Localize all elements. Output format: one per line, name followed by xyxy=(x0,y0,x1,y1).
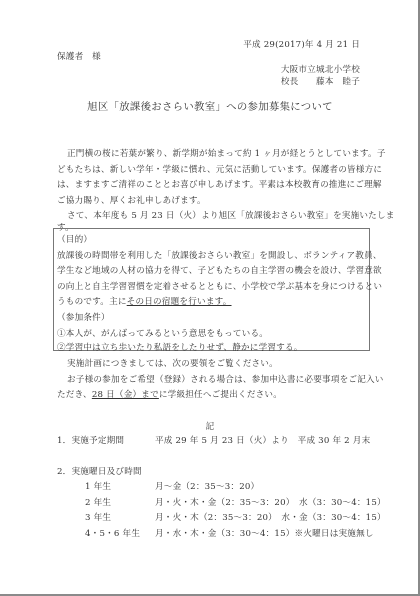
document-date: 平成 29(2017)年 4 月 21 日 xyxy=(243,39,360,51)
purpose-line: の向上と自主学習習慣を定着させるとともに、小学校で学ぶ基本を身につけるとい xyxy=(57,281,382,293)
item1-label: 1．実施予定期間 xyxy=(57,435,124,447)
schedule-time: 月・水・木・金（3：30～4：15）※火曜日は実施無し xyxy=(155,528,374,540)
document-title: 旭区「放課後おさらい教室」への参加募集について xyxy=(0,101,420,113)
condition-item: ①本人が、がんばってみるという意思をもっている。 xyxy=(57,328,268,340)
schedule-grade: 1 年生 xyxy=(85,481,111,493)
item1-value: 平成 29 年 5 月 23 日（火）より 平成 30 年 2 月末 xyxy=(155,435,370,447)
purpose-last-prefix: うものです。主に xyxy=(57,297,127,307)
deadline-prefix: ただき、 xyxy=(57,390,92,400)
condition-item: ②学習中は立ち歩いたり私語をしたりせず、静かに学習する。 xyxy=(57,342,303,354)
schedule-time: 月～金（2：35～3：20） xyxy=(155,481,259,493)
deadline-suffix: に学級担任へご提出ください。 xyxy=(159,390,282,400)
schedule-grade: 3 年生 xyxy=(85,512,111,524)
intro-line: さて、本年度も 5 月 23 日（火）より旭区「放課後おさらい教室」を実施いたし… xyxy=(67,210,395,222)
homework-emphasis: その日の宿題を行います。 xyxy=(127,297,232,307)
item2-label: 2．実施曜日及び時間 xyxy=(57,466,142,478)
purpose-heading: （目的） xyxy=(57,234,92,246)
schedule-time: 月・火・木（2：35～3：20） 水・金（3：30～4：15） xyxy=(155,512,386,524)
conditions-heading: （参加条件） xyxy=(57,312,110,324)
school-name: 大阪市立城北小学校 xyxy=(281,64,360,76)
deadline-date: 28 日（金）まで xyxy=(92,390,159,400)
principal-name: 校長 藤本 睦子 xyxy=(281,76,360,88)
intro-line: どもたちは、新しい学年・学級に慣れ、元気に活動しています。保護者の皆様方に xyxy=(57,164,382,176)
intro-line: 正門横の桜に若葉が繁り、新学期が始まって約 1 ヶ月が経とうとしています。子 xyxy=(67,148,386,160)
purpose-line-last: うものです。主にその日の宿題を行います。 xyxy=(57,296,232,308)
purpose-line: 学生など地域の人材の協力を得て、子どもたちの自主学習の機会を設け、学習意欲 xyxy=(57,265,382,277)
ki-heading: 記 xyxy=(0,421,420,433)
document-page: 平成 29(2017)年 4 月 21 日 保護者 様 大阪市立城北小学校 校長… xyxy=(0,0,420,596)
purpose-line: 放課後の時間帯を利用した「放課後おさらい教室」を開設し、ボランティア教員、 xyxy=(57,250,382,262)
application-notice: お子様の参加をご希望（登録）される場合は、参加申込書に必要事項をご記入い xyxy=(67,374,384,386)
schedule-time: 月・火・木・金（2：35～3：20） 水（3：30～4：15） xyxy=(155,497,386,509)
schedule-grade: 4・5・6 年生 xyxy=(85,528,140,540)
intro-line: ご協力賜り、厚くお礼申しあげます。 xyxy=(57,195,206,207)
recipient: 保護者 様 xyxy=(57,51,101,63)
application-deadline: ただき、28 日（金）までに学級担任へご提出ください。 xyxy=(57,389,282,401)
intro-line: は、ますますご清祥のこととお喜び申しあげます。平素は本校教育の推進にご理解 xyxy=(57,179,382,191)
plan-notice: 実施計画につきましては、次の要領をご覧ください。 xyxy=(67,358,278,370)
schedule-grade: 2 年生 xyxy=(85,497,111,509)
